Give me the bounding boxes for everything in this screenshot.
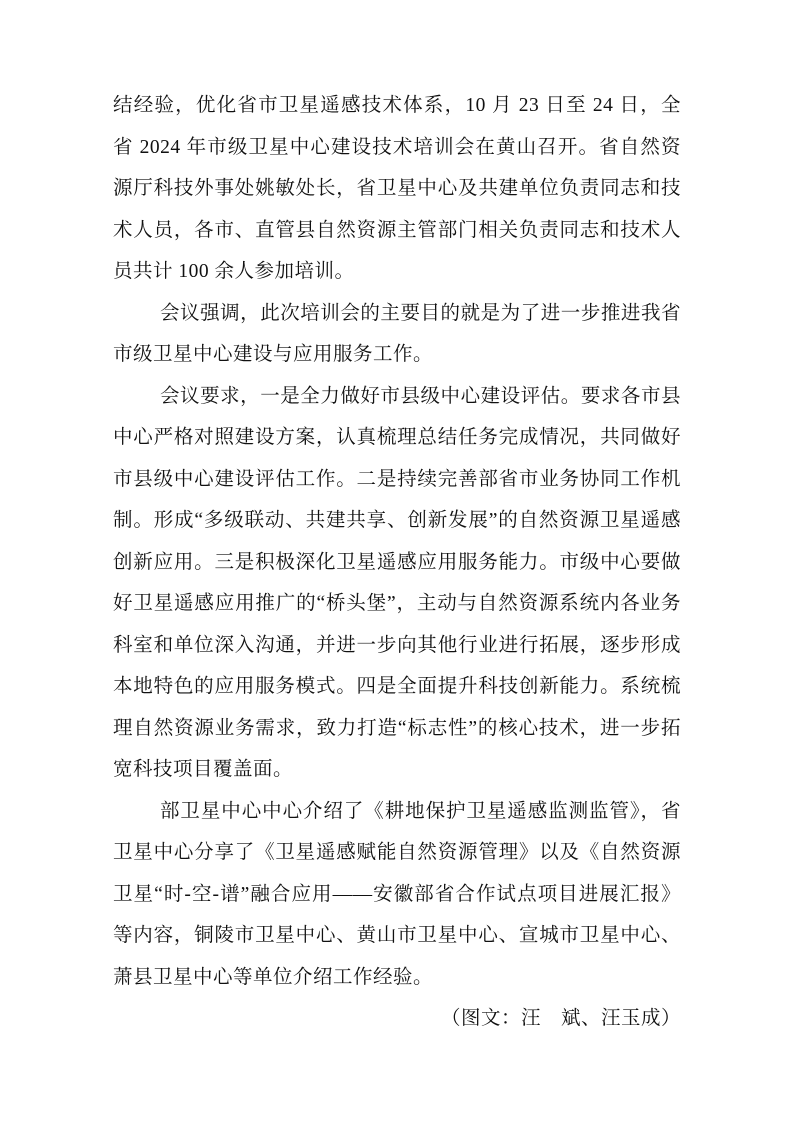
paragraph-training-overview: 结经验，优化省市卫星遥感技术体系，10 月 23 日至 24 日，全省 2024… <box>113 85 681 293</box>
document-page: 结经验，优化省市卫星遥感技术体系，10 月 23 日至 24 日，全省 2024… <box>0 0 793 1122</box>
byline-credit: （图文：汪 斌、汪玉成） <box>113 998 681 1040</box>
paragraph-meeting-requirements: 会议要求，一是全力做好市县级中心建设评估。要求各市县中心严格对照建设方案，认真梳… <box>113 376 681 791</box>
paragraph-presentations: 部卫星中心中心介绍了《耕地保护卫星遥感监测监管》，省卫星中心分享了《卫星遥感赋能… <box>113 791 681 999</box>
document-body: 结经验，优化省市卫星遥感技术体系，10 月 23 日至 24 日，全省 2024… <box>113 85 681 1040</box>
paragraph-meeting-emphasis: 会议强调，此次培训会的主要目的就是为了进一步推进我省市级卫星中心建设与应用服务工… <box>113 293 681 376</box>
